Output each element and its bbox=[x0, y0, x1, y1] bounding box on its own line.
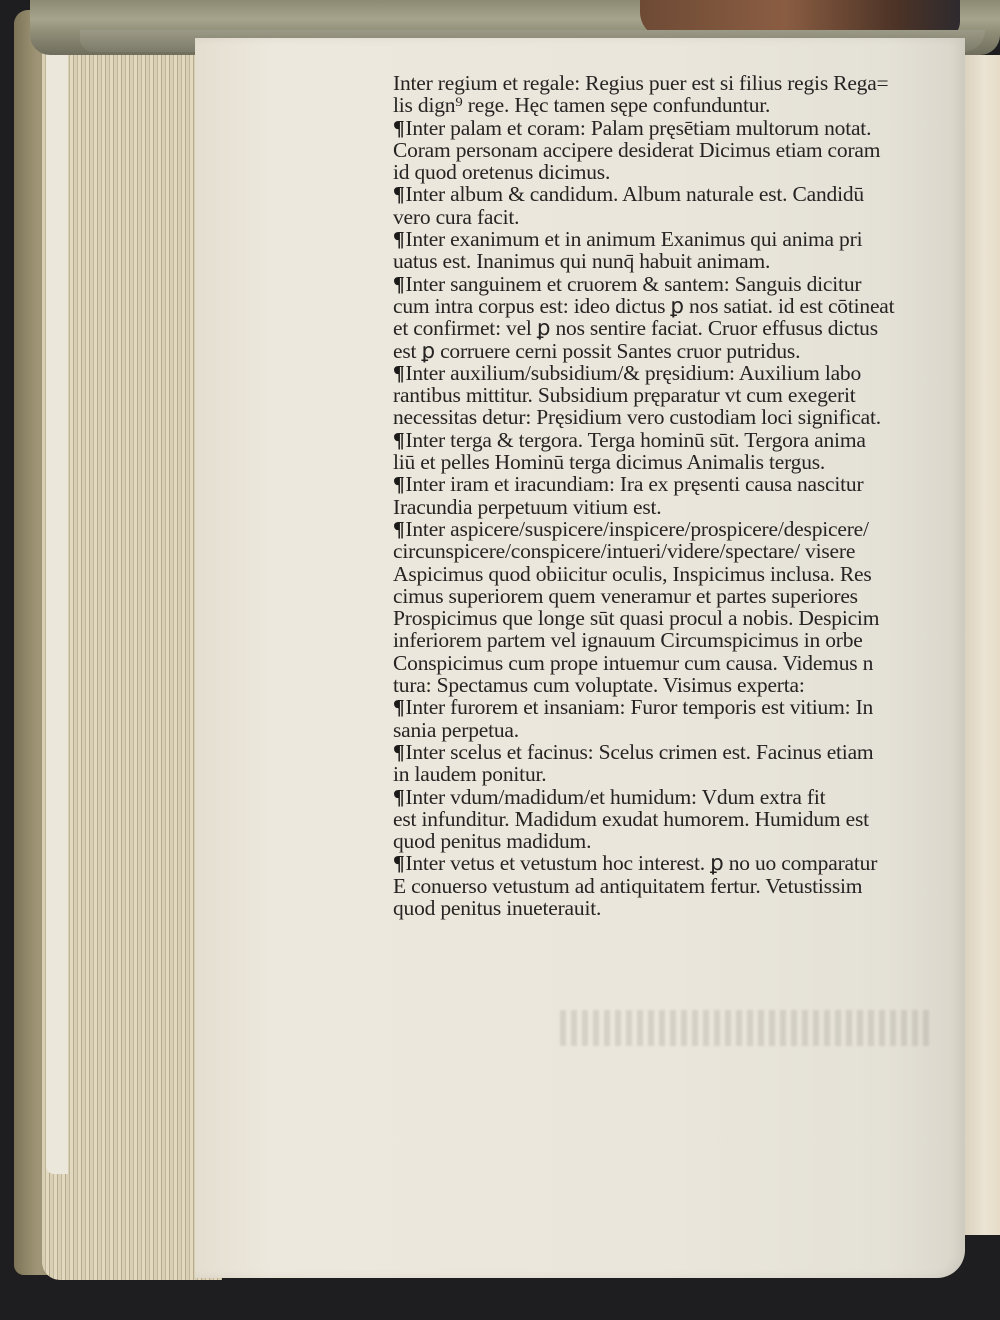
book-photo: Inter regium et regale: Regius puer est … bbox=[0, 0, 1000, 1320]
text-line-content: Inter exanimum et in animum Exanimus qui… bbox=[405, 227, 862, 251]
paragraph-mark-icon: ¶ bbox=[393, 852, 404, 874]
text-line-content: et confirmet: vel ꝑ nos sentire faciat. … bbox=[393, 316, 878, 340]
page-text: Inter regium et regale: Regius puer est … bbox=[393, 72, 983, 919]
paragraph-mark-icon: ¶ bbox=[393, 741, 404, 763]
text-line-content: Inter vdum/madidum/et humidum: Vdum extr… bbox=[405, 785, 825, 809]
text-entry: ¶Inter aspicere/suspicere/inspicere/pros… bbox=[393, 518, 983, 696]
show-through-text bbox=[560, 1010, 930, 1046]
paragraph-mark-icon: ¶ bbox=[393, 473, 404, 495]
text-line: ¶Inter exanimum et in animum Exanimus qu… bbox=[393, 228, 983, 250]
text-line: ¶Inter vetus et vetustum hoc interest. ꝑ… bbox=[393, 852, 983, 874]
text-line: et confirmet: vel ꝑ nos sentire faciat. … bbox=[393, 317, 983, 339]
text-line-content: Inter regium et regale: Regius puer est … bbox=[393, 71, 888, 95]
text-line-content: E conuerso vetustum ad antiquitatem fert… bbox=[393, 874, 862, 898]
text-line: sania perpetua. bbox=[393, 719, 983, 741]
text-entry: ¶Inter palam et coram: Palam pręsētiam m… bbox=[393, 117, 983, 184]
text-line: est infunditur. Madidum exudat humorem. … bbox=[393, 808, 983, 830]
text-line-content: Inter terga & tergora. Terga hominū sūt.… bbox=[405, 428, 865, 452]
text-line: ¶Inter iram et iracundiam: Ira ex pręsen… bbox=[393, 473, 983, 495]
text-line-content: est ꝑ corruere cerni possit Santes cruor… bbox=[393, 339, 800, 363]
text-line-content: Inter album & candidum. Album naturale e… bbox=[405, 182, 864, 206]
text-line-content: Inter scelus et facinus: Scelus crimen e… bbox=[405, 740, 873, 764]
text-line: cum intra corpus est: ideo dictus ꝑ nos … bbox=[393, 295, 983, 317]
text-line-content: Inter auxilium/subsidium/& pręsidium: Au… bbox=[405, 361, 861, 385]
text-line-content: cum intra corpus est: ideo dictus ꝑ nos … bbox=[393, 294, 894, 318]
text-line: quod penitus madidum. bbox=[393, 830, 983, 852]
text-line-content: circunspicere/conspicere/intueri/videre/… bbox=[393, 539, 855, 563]
text-line: circunspicere/conspicere/intueri/videre/… bbox=[393, 540, 983, 562]
text-line: ¶Inter album & candidum. Album naturale … bbox=[393, 183, 983, 205]
text-line-content: id quod oretenus dicimus. bbox=[393, 160, 610, 184]
text-line: vero cura facit. bbox=[393, 206, 983, 228]
text-entry: ¶Inter album & candidum. Album naturale … bbox=[393, 183, 983, 228]
paragraph-mark-icon: ¶ bbox=[393, 786, 404, 808]
paragraph-mark-icon: ¶ bbox=[393, 362, 404, 384]
text-line-content: Inter iram et iracundiam: Ira ex pręsent… bbox=[405, 472, 863, 496]
text-line: id quod oretenus dicimus. bbox=[393, 161, 983, 183]
text-line-content: necessitas detur: Pręsidium vero custodi… bbox=[393, 405, 881, 429]
text-line: Conspicimus cum prope intuemur cum causa… bbox=[393, 652, 983, 674]
text-line-content: cimus superiorem quem veneramur et parte… bbox=[393, 584, 858, 608]
text-line-content: vero cura facit. bbox=[393, 205, 519, 229]
text-line: in laudem ponitur. bbox=[393, 763, 983, 785]
paragraph-mark-icon: ¶ bbox=[393, 429, 404, 451]
text-line-content: Prospicimus que longe sūt quasi procul a… bbox=[393, 606, 879, 630]
text-line-content: Inter palam et coram: Palam pręsētiam mu… bbox=[405, 116, 871, 140]
text-line-content: Inter furorem et insaniam: Furor tempori… bbox=[405, 695, 873, 719]
text-line-content: lis dign⁹ rege. Hęc tamen sępe confundun… bbox=[393, 93, 770, 117]
text-entry: ¶Inter exanimum et in animum Exanimus qu… bbox=[393, 228, 983, 273]
text-entry: ¶Inter iram et iracundiam: Ira ex pręsen… bbox=[393, 473, 983, 518]
text-line: cimus superiorem quem veneramur et parte… bbox=[393, 585, 983, 607]
text-line-content: sania perpetua. bbox=[393, 718, 519, 742]
text-line-content: Conspicimus cum prope intuemur cum causa… bbox=[393, 651, 873, 675]
text-entry: Inter regium et regale: Regius puer est … bbox=[393, 72, 983, 117]
text-line: tura: Spectamus cum voluptate. Visimus e… bbox=[393, 674, 983, 696]
text-line: necessitas detur: Pręsidium vero custodi… bbox=[393, 406, 983, 428]
text-line-content: Coram personam accipere desiderat Dicimu… bbox=[393, 138, 880, 162]
text-line: ¶Inter vdum/madidum/et humidum: Vdum ext… bbox=[393, 786, 983, 808]
loose-leaf-edge bbox=[46, 44, 68, 1174]
text-line-content: quod penitus inueterauit. bbox=[393, 896, 601, 920]
text-line: uatus est. Inanimus qui nunq̄ habuit ani… bbox=[393, 250, 983, 272]
text-line: rantibus mittitur. Subsidium pręparatur … bbox=[393, 384, 983, 406]
text-line: est ꝑ corruere cerni possit Santes cruor… bbox=[393, 340, 983, 362]
text-line-content: liū et pelles Hominū terga dicimus Anima… bbox=[393, 450, 825, 474]
text-line: ¶Inter terga & tergora. Terga hominū sūt… bbox=[393, 429, 983, 451]
text-entry: ¶Inter furorem et insaniam: Furor tempor… bbox=[393, 696, 983, 741]
text-line: lis dign⁹ rege. Hęc tamen sępe confundun… bbox=[393, 94, 983, 116]
text-line: ¶Inter scelus et facinus: Scelus crimen … bbox=[393, 741, 983, 763]
text-entry: ¶Inter auxilium/subsidium/& pręsidium: A… bbox=[393, 362, 983, 429]
text-line-content: uatus est. Inanimus qui nunq̄ habuit ani… bbox=[393, 249, 770, 273]
paragraph-mark-icon: ¶ bbox=[393, 183, 404, 205]
text-line-content: inferiorem partem vel ignauum Circumspic… bbox=[393, 628, 863, 652]
paragraph-mark-icon: ¶ bbox=[393, 228, 404, 250]
text-entry: ¶Inter sanguinem et cruorem & santem: Sa… bbox=[393, 273, 983, 362]
text-line: inferiorem partem vel ignauum Circumspic… bbox=[393, 629, 983, 651]
text-line: ¶Inter palam et coram: Palam pręsētiam m… bbox=[393, 117, 983, 139]
text-entry: ¶Inter vetus et vetustum hoc interest. ꝑ… bbox=[393, 852, 983, 919]
text-line-content: Aspicimus quod obiicitur oculis, Inspici… bbox=[393, 562, 871, 586]
text-line-content: Iracundia perpetuum vitium est. bbox=[393, 495, 661, 519]
text-line-content: rantibus mittitur. Subsidium pręparatur … bbox=[393, 383, 856, 407]
text-line: E conuerso vetustum ad antiquitatem fert… bbox=[393, 875, 983, 897]
text-entry: ¶Inter scelus et facinus: Scelus crimen … bbox=[393, 741, 983, 786]
text-entry: ¶Inter terga & tergora. Terga hominū sūt… bbox=[393, 429, 983, 474]
paragraph-mark-icon: ¶ bbox=[393, 273, 404, 295]
text-line-content: in laudem ponitur. bbox=[393, 762, 546, 786]
text-line: quod penitus inueterauit. bbox=[393, 897, 983, 919]
text-line: ¶Inter auxilium/subsidium/& pręsidium: A… bbox=[393, 362, 983, 384]
text-line-content: Inter vetus et vetustum hoc interest. ꝑ … bbox=[405, 851, 877, 875]
text-line: Iracundia perpetuum vitium est. bbox=[393, 496, 983, 518]
text-line: ¶Inter sanguinem et cruorem & santem: Sa… bbox=[393, 273, 983, 295]
text-line-content: est infunditur. Madidum exudat humorem. … bbox=[393, 807, 869, 831]
text-line: ¶Inter aspicere/suspicere/inspicere/pros… bbox=[393, 518, 983, 540]
text-line: liū et pelles Hominū terga dicimus Anima… bbox=[393, 451, 983, 473]
text-line: ¶Inter furorem et insaniam: Furor tempor… bbox=[393, 696, 983, 718]
text-line: Prospicimus que longe sūt quasi procul a… bbox=[393, 607, 983, 629]
paragraph-mark-icon: ¶ bbox=[393, 117, 404, 139]
paragraph-mark-icon: ¶ bbox=[393, 518, 404, 540]
text-line: Coram personam accipere desiderat Dicimu… bbox=[393, 139, 983, 161]
paragraph-mark-icon: ¶ bbox=[393, 696, 404, 718]
text-line-content: Inter sanguinem et cruorem & santem: San… bbox=[405, 272, 861, 296]
text-line-content: tura: Spectamus cum voluptate. Visimus e… bbox=[393, 673, 805, 697]
text-line: Aspicimus quod obiicitur oculis, Inspici… bbox=[393, 563, 983, 585]
text-line-content: quod penitus madidum. bbox=[393, 829, 591, 853]
text-entry: ¶Inter vdum/madidum/et humidum: Vdum ext… bbox=[393, 786, 983, 853]
text-line-content: Inter aspicere/suspicere/inspicere/prosp… bbox=[405, 517, 868, 541]
text-line: Inter regium et regale: Regius puer est … bbox=[393, 72, 983, 94]
